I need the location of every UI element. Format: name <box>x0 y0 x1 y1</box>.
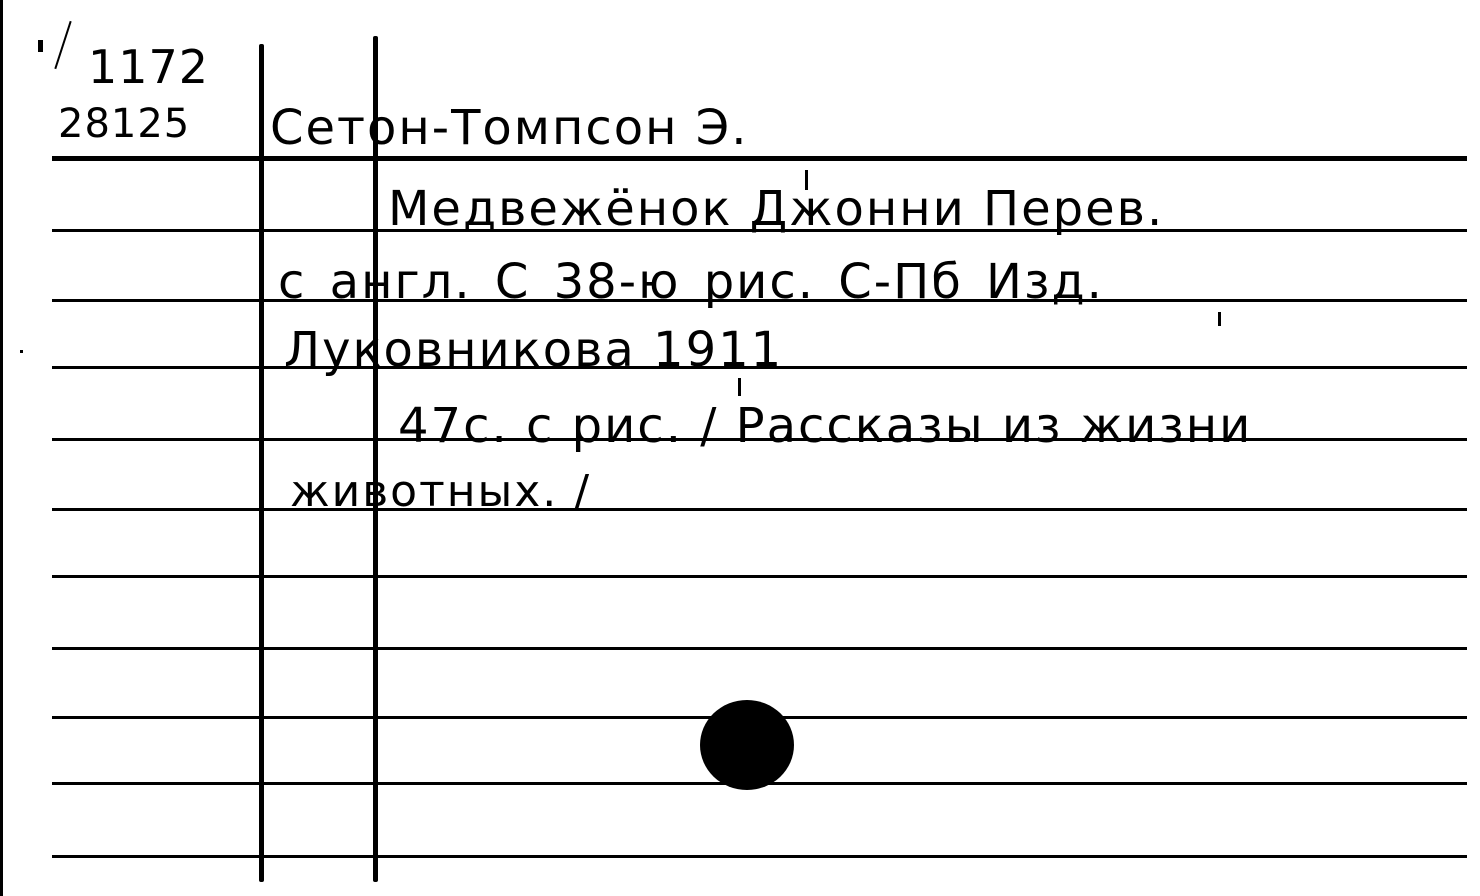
catalog-card: 1172 28125 Сетон-Томпсон Э. Медвежёнок Д… <box>0 0 1480 896</box>
ruled-line <box>52 575 1467 578</box>
ruled-line <box>52 647 1467 650</box>
ruled-line <box>52 508 1467 511</box>
call-number: 28125 <box>58 104 190 144</box>
ruled-line <box>52 156 1467 161</box>
punch-hole <box>700 700 794 790</box>
scan-speck <box>20 350 23 353</box>
inventory-number: 1172 <box>88 44 209 90</box>
description-line-3: Луковникова 1911 <box>284 326 783 374</box>
scan-speck <box>54 21 71 69</box>
scan-speck <box>805 170 808 190</box>
scan-speck <box>1218 312 1221 326</box>
margin-line-right <box>373 36 378 882</box>
description-line-1: Медвежёнок Джонни Перев. <box>388 185 1164 233</box>
scan-speck <box>38 40 43 52</box>
ruled-line <box>52 855 1467 858</box>
scan-speck <box>738 378 741 396</box>
margin-line-left <box>259 44 264 882</box>
card-left-edge <box>0 0 3 896</box>
author: Сетон-Томпсон Э. <box>270 104 749 152</box>
description-line-2: с англ. С 38-ю рис. С-Пб Изд. <box>278 258 1104 306</box>
description-line-4: 47с. с рис. / Рассказы из жизни <box>398 402 1252 450</box>
description-line-5: животных. / <box>290 470 591 514</box>
